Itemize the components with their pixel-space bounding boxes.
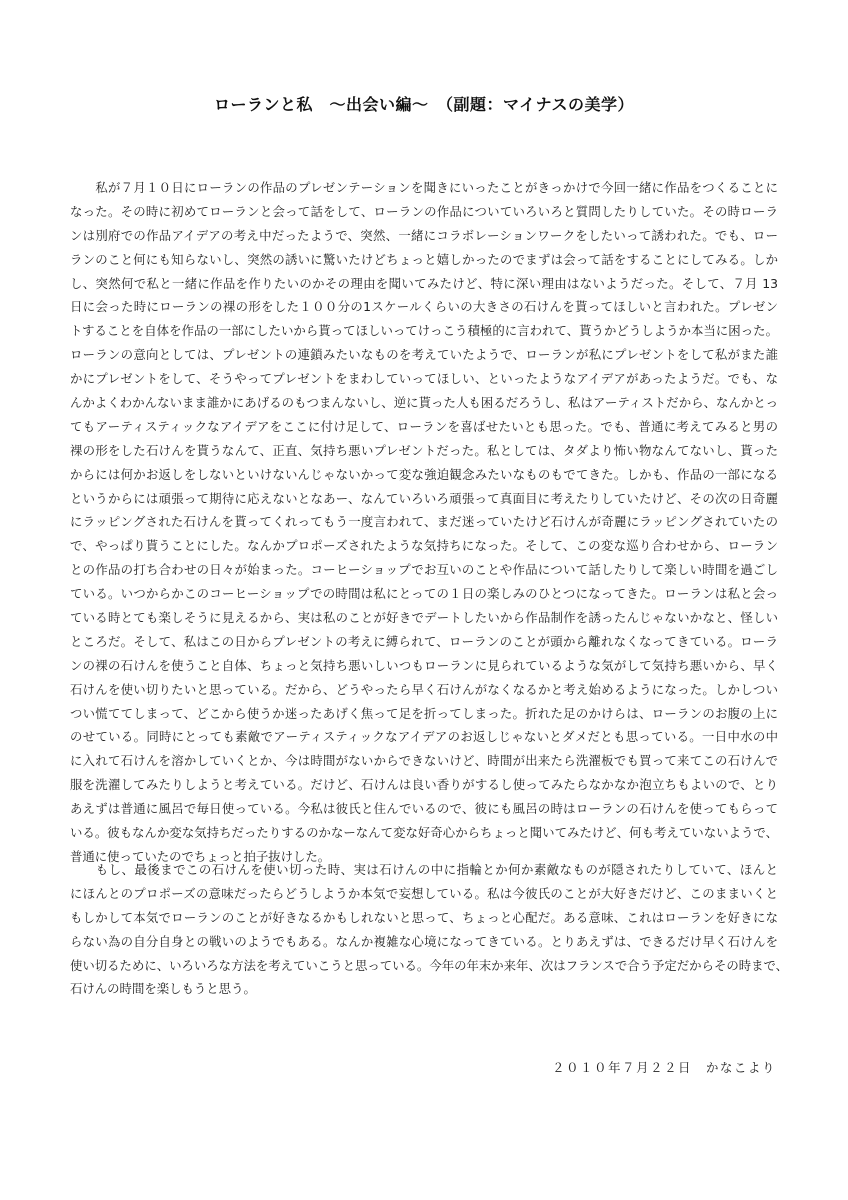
text-line: 服を洗濯してみたりしようと考えている。だけど、石けんは良い香りがするし使ってみた… [70, 773, 778, 797]
text-line: んかよくわかんないまま誰かにあげるのもつまんないし、逆に貰った人も困るだろうし、… [70, 391, 778, 415]
text-line: ところだ。そして、私はこの日からプレゼントの考えに縛られて、ローランのことが頭か… [70, 630, 778, 654]
text-line: というからには頑張って期待に応えないとなあー、なんていろいろ頑張って真面目に考え… [70, 487, 778, 511]
text-line: つい慌ててしまって、どこから使うか迷ったあげく焦って足を折ってしまった。折れた足… [70, 702, 778, 726]
text-line: からには何かお返しをしないといけないんじゃないかって変な強迫観念みたいなものもで… [70, 463, 778, 487]
text-line: ている。いつからかこのコーヒーショップでの時間は私にとっての１日の楽しみのひとつ… [70, 582, 778, 606]
text-line: 石けんの時間を楽しもうと思う。 [70, 977, 778, 1001]
paragraph-2: もし、最後までこの石けんを使い切った時、実は石けんの中に指輪とか何か素敵なものが… [70, 858, 778, 1001]
text-line: いる。彼もなんか変な気持ちだったりするのかなーなんて変な好奇心からちょっと聞いて… [70, 821, 778, 845]
text-line: ランのこと何にも知らないし、突然の誘いに驚いたけどちょっと嬉しかったのでまずは会… [70, 248, 778, 272]
document-page: ローランと私 ～出会い編～ （副題：マイナスの美学） 私が７月１０日にローランの… [0, 0, 848, 1200]
paragraph-1: 私が７月１０日にローランの作品のプレゼンテーションを聞きにいったことがきっかけで… [70, 176, 778, 869]
text-line: 裸の形をした石けんを貰うなんて、正直、気持ち悪いプレゼントだった。私としては、タ… [70, 439, 778, 463]
signature-date-line: ２０１０年７月２２日 かなこより [552, 1058, 776, 1076]
text-line: との作品の打ち合わせの日々が始まった。コーヒーショップでお互いのことや作品につい… [70, 558, 778, 582]
text-line: にラッピングされた石けんを貰ってくれってもう一度言われて、まだ迷っていたけど石け… [70, 510, 778, 534]
text-line: ている時とても楽しそうに見えるから、実は私のことが好きでデートしたいから作品制作… [70, 606, 778, 630]
text-line: ローランの意向としては、プレゼントの連鎖みたいなものを考えていたようで、ローラン… [70, 343, 778, 367]
text-line: もし、最後までこの石けんを使い切った時、実は石けんの中に指輪とか何か素敵なものが… [70, 858, 778, 882]
text-line: トすることを自体を作品の一部にしたいから貰ってほしいってけっこう積極的に言われて… [70, 319, 778, 343]
text-line: ンは別府での作品アイデアの考え中だったようで、突然、一緒にコラボレーションワーク… [70, 224, 778, 248]
text-line: かにプレゼントをして、そうやってプレゼントをまわしていってほしい、といったような… [70, 367, 778, 391]
text-line: あえずは普通に風呂で毎日使っている。今私は彼氏と住んでいるので、彼にも風呂の時は… [70, 797, 778, 821]
document-title: ローランと私 ～出会い編～ （副題：マイナスの美学） [0, 92, 848, 115]
text-line: 使い切るために、いろいろな方法を考えていこうと思っている。今年の年末か来年、次は… [70, 954, 778, 978]
text-line: ンの裸の石けんを使うこと自体、ちょっと気持ち悪いしいつもローランに見られているよ… [70, 654, 778, 678]
text-line: に入れて石けんを溶かしていくとか、今は時間がないからできないけど、時間が出来たら… [70, 749, 778, 773]
text-line: にほんとのプロポーズの意味だったらどうしようか本気で妄想している。私は今彼氏のこ… [70, 882, 778, 906]
text-line: 日に会った時にローランの裸の形をした１００分の1スケールくらいの大きさの石けんを… [70, 295, 778, 319]
text-line: 石けんを使い切りたいと思っている。だから、どうやったら早く石けんがなくなるかと考… [70, 678, 778, 702]
text-line: なった。その時に初めてローランと会って話をして、ローランの作品についていろいろと… [70, 200, 778, 224]
text-line: もしかして本気でローランのことが好きなるかもしれないと思って、ちょっと心配だ。あ… [70, 906, 778, 930]
text-line: し、突然何で私と一緒に作品を作りたいのかその理由を聞いてみたけど、特に深い理由は… [70, 272, 778, 296]
text-line: で、やっぱり貰うことにした。なんかプロポーズされたような気持ちになった。そして、… [70, 534, 778, 558]
text-line: のせている。同時にとっても素敵でアーティスティックなアイデアのお返しじゃないとダ… [70, 725, 778, 749]
text-line: てもアーティスティックなアイデアをここに付け足して、ローランを喜ばせたいとも思っ… [70, 415, 778, 439]
text-line: 私が７月１０日にローランの作品のプレゼンテーションを聞きにいったことがきっかけで… [70, 176, 778, 200]
text-line: らない為の自分自身との戦いのようでもある。なんか複雑な心境になってきている。とり… [70, 930, 778, 954]
